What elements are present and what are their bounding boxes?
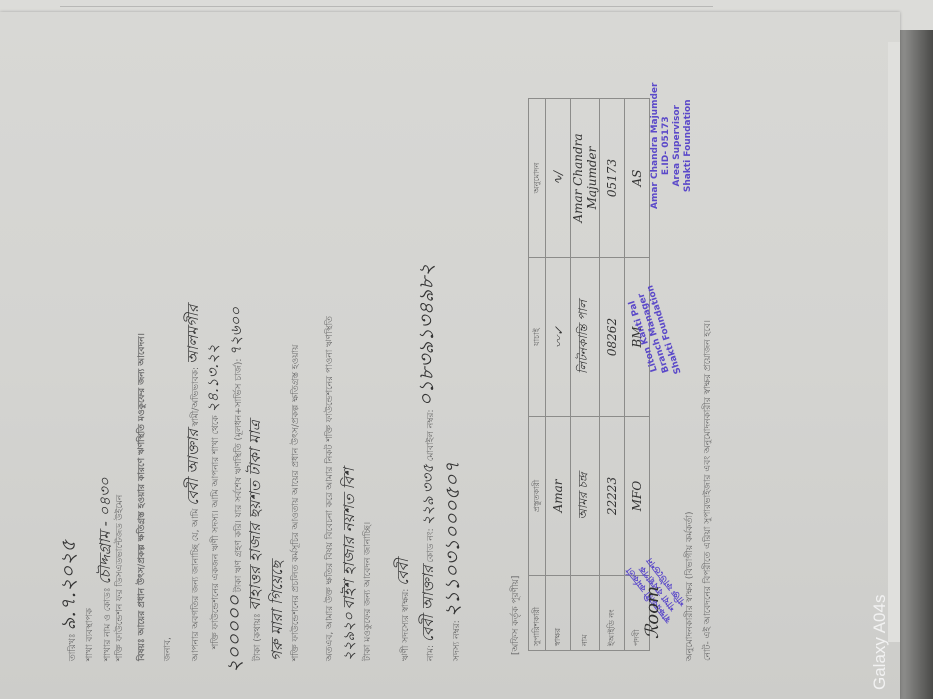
body-text: স্বামী/অভিভাবক: xyxy=(191,367,201,426)
notebook-rule xyxy=(60,6,713,7)
office-section-heading: [অফিস কর্তৃক পূরণীয়] xyxy=(508,576,523,655)
outstanding-amount: ৭২৬০০ xyxy=(227,307,245,356)
row-label: স্বাক্ষর xyxy=(546,576,571,651)
table-row: স্বাক্ষর Amar 〰︎✓ ∿∕ xyxy=(546,99,571,651)
table-row: নাম আমর চন্দ্র লিটনকান্তি পাল Amar Chand… xyxy=(571,99,600,651)
approver-role: (বিভাগীয় কর্মকর্তা) xyxy=(685,512,695,580)
borrower-name: বেবী আক্তার xyxy=(184,429,202,506)
mobile-label: মোবাইল নম্বর: xyxy=(426,409,436,461)
name-label: নাম: xyxy=(426,645,436,661)
body-text: টাকা (কথায়ঃ xyxy=(253,613,263,661)
row-label: নাম xyxy=(571,576,600,651)
paper-edge xyxy=(888,42,900,642)
body-text: আপনার অবগতির জন্য জানাচ্ছি যে, আমি xyxy=(191,509,201,661)
row-label: সুপারিশকারী xyxy=(529,576,546,651)
approver-signature: ℛoom xyxy=(642,586,663,639)
salutation: জনাব, xyxy=(160,637,175,661)
member-no-value: ২১১০৩১০০০৫০৭ xyxy=(440,461,464,617)
mobile-value: ০১৮৩৯১৩৪৯৮২ xyxy=(414,264,438,407)
code-value: ২২৯ xyxy=(419,496,437,525)
subject-line: বিষয়ঃ আয়ের প্রধান উৎস/প্রকল্প ক্ষতিগ্র… xyxy=(134,333,149,661)
stamp-line: Shakti Foundation xyxy=(683,83,694,209)
date-value: ৯.৭.২০২৫ xyxy=(56,540,80,631)
rotated-form: তারিখঃ ৯.৭.২০২৫ শাখা ব্যবস্থাপক শাখার না… xyxy=(30,19,710,679)
loss-reason: গরু মারা গিয়েছে xyxy=(268,561,286,661)
table-cell: Amar xyxy=(546,417,571,576)
body-text: টাকা ঋণ গ্রহণ করি। যার সর্বশেষ ঋণস্থিতি … xyxy=(234,359,244,593)
table-row: ইআইডি নং 22223 08262 05173 xyxy=(600,99,625,651)
stamp-line: E.ID- 05173 xyxy=(661,83,672,209)
table-header-row: সুপারিশকারী প্রস্তুতকারী যাচাই অনুমোদন xyxy=(529,99,546,651)
signature-mark: 〰︎✓ xyxy=(546,258,571,417)
table-cell: 22223 xyxy=(600,417,625,576)
stamp-line: Amar Chandra Majumder xyxy=(650,83,661,209)
body-line-9: টাকা মওকুফের জন্য আবেদন জানাচ্ছি। xyxy=(360,522,375,661)
stamp-area-supervisor: Amar Chandra Majumder E.ID- 05173 Area S… xyxy=(650,83,694,209)
camera-watermark: Galaxy A04s xyxy=(870,595,890,690)
waiver-amount: ২২৯২০ xyxy=(340,612,358,661)
table-cell: লিটনকান্তি পাল xyxy=(571,258,600,417)
applicant-label: ঋণী সদস্যের স্বাক্ষর: xyxy=(401,589,411,661)
footer-note: নোট- এই আবেদনের বিপরীতে এরিয়া সুপারভাইজ… xyxy=(700,320,715,661)
signature-mark: ∿∕ xyxy=(546,99,571,258)
organization-line: শক্তি ফাউন্ডেশন ফর ডিসএডভান্টেজড উইমেন xyxy=(112,495,127,661)
stamp-line: Area Supervisor xyxy=(672,83,683,209)
samity-value: ৩৩৫ xyxy=(419,464,437,493)
applicant-name: বেবী আক্তার xyxy=(419,566,437,643)
table-cell: আমর চন্দ্র xyxy=(571,417,600,576)
body-line-7: অতএব, আমার উক্ত ক্ষতির বিষয় বিবেচনা করে… xyxy=(322,316,337,661)
waiver-words: বাইশ হাজার নয়শত বিশ xyxy=(340,468,358,609)
approver-label: অনুমোদনকারীর স্বাক্ষর xyxy=(685,582,695,661)
column-header: যাচাই xyxy=(529,258,546,417)
approver-row: অনুমোদনকারীর স্বাক্ষর (বিভাগীয় কর্মকর্ত… xyxy=(682,512,697,661)
table-cell: Amar Chandra Majumder xyxy=(571,99,600,258)
table-cell: MFO xyxy=(625,417,650,576)
table-cell: AS xyxy=(625,99,650,258)
table-cell: 08262 xyxy=(600,258,625,417)
outstanding-words: বাহাত্তর হাজার ছয়শত টাকা মাত্র xyxy=(246,420,264,610)
guardian-name: আলমগীর xyxy=(184,305,202,364)
member-no-label: সদস্য নম্বর: xyxy=(452,620,462,661)
member-no-row: সদস্য নম্বর: ২১১০৩১০০০৫০৭ xyxy=(438,461,471,661)
column-header: প্রস্তুতকারী xyxy=(529,417,546,576)
code-label: কোড নং: xyxy=(426,528,436,562)
row-label: ইআইডি নং xyxy=(600,576,625,651)
column-header: অনুমোদন xyxy=(529,99,546,258)
loan-amount: ২০০০০০ xyxy=(222,595,246,673)
date-label: তারিখঃ xyxy=(68,633,78,661)
body-line-6: শক্তি ফাউন্ডেশনের প্রচলিত কর্মসূচির আওতা… xyxy=(288,345,303,661)
applicant-signature: বেবী xyxy=(394,559,412,586)
table-cell: 05173 xyxy=(600,99,625,258)
